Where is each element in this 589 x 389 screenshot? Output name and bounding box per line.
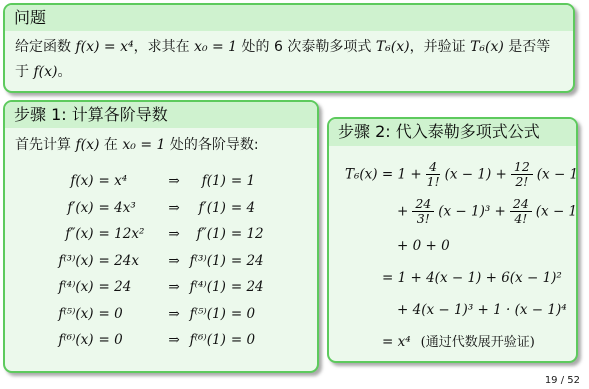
problem-block-title: 问题: [5, 5, 573, 31]
implies-arrow: ⇒: [144, 221, 189, 248]
fraction: 243!: [412, 197, 434, 227]
deriv-value-rhs: = 12: [226, 221, 264, 248]
step1-block-title: 步骤 1: 计算各阶导数: [5, 102, 317, 128]
taylor-line-3: + 0 + 0: [397, 234, 568, 259]
verification-note: (通过代数展开验证): [421, 335, 535, 350]
math-inline: f(x) = x⁴: [75, 39, 133, 55]
math-text: (x − 1) +: [445, 166, 507, 182]
problem-text: 处的: [237, 39, 274, 55]
problem-text: 。: [57, 64, 71, 80]
deriv-expr-rhs: = 24: [94, 274, 145, 301]
deriv-value-lhs: f(1): [190, 168, 226, 195]
deriv-value-rhs: = 1: [226, 168, 264, 195]
taylor-line-2: +243!(x − 1)³ +244!(x − 1)⁴: [397, 197, 568, 227]
fraction: 244!: [510, 197, 532, 227]
problem-text: 次泰勒多项式: [283, 39, 376, 55]
problem-statement: 给定函数 f(x) = x⁴，求其在 x₀ = 1 处的 6 次泰勒多项式 T₆…: [5, 31, 573, 89]
math-inline: T₆(x): [376, 39, 410, 55]
math-inline: T₆(x): [470, 39, 504, 55]
problem-text: ，求其在: [134, 39, 194, 55]
deriv-expr-rhs: = 4x³: [94, 195, 145, 222]
math-text: (x − 1)³ +: [438, 203, 506, 219]
math-inline: x₀ = 1: [122, 137, 165, 153]
step1-block: 步骤 1: 计算各阶导数 首先计算 f(x) 在 x₀ = 1 处的各阶导数: …: [3, 100, 319, 373]
implies-arrow: ⇒: [144, 248, 189, 275]
deriv-expr-rhs: = 24x: [94, 248, 145, 275]
deriv-value-rhs: = 24: [226, 274, 264, 301]
deriv-value-lhs: f′(1): [190, 195, 226, 222]
fraction: 122!: [511, 160, 533, 190]
deriv-value-rhs: = 0: [226, 327, 264, 354]
step1-body: 首先计算 f(x) 在 x₀ = 1 处的各阶导数: f(x)= x⁴⇒f(1)…: [5, 128, 317, 354]
deriv-expr-rhs: = 0: [94, 327, 145, 354]
deriv-expr-lhs: f⁽³⁾(x): [58, 248, 93, 275]
fraction-numerator: 12: [511, 160, 533, 175]
math-inline: f(x): [33, 64, 57, 80]
taylor-line-1: T₆(x) = 1 +41!(x − 1) +122!(x − 1)²: [345, 160, 568, 190]
math-text: = x⁴: [382, 334, 411, 350]
deriv-value-lhs: f⁽³⁾(1): [190, 248, 226, 275]
deriv-expr-lhs: f(x): [58, 168, 93, 195]
fraction-numerator: 24: [412, 197, 434, 212]
deriv-expr-rhs: = 0: [94, 301, 145, 328]
fraction-denominator: 1!: [426, 175, 441, 189]
math-text: (x − 1)²: [537, 166, 578, 182]
deriv-value-rhs: = 0: [226, 301, 264, 328]
problem-text: 6: [274, 39, 283, 55]
step2-body: T₆(x) = 1 +41!(x − 1) +122!(x − 1)² +243…: [329, 146, 576, 355]
deriv-expr-lhs: f⁽⁶⁾(x): [58, 327, 93, 354]
deriv-expr-rhs: = x⁴: [94, 168, 145, 195]
problem-text: ，并验证: [410, 39, 470, 55]
deriv-expr-rhs: = 12x²: [94, 221, 145, 248]
math-text: +: [397, 203, 408, 219]
deriv-value-lhs: f⁽⁶⁾(1): [190, 327, 226, 354]
deriv-expr-lhs: f″(x): [58, 221, 93, 248]
taylor-line-5: + 4(x − 1)³ + 1 · (x − 1)⁴: [397, 298, 568, 323]
step2-block-title: 步骤 2: 代入泰勒多项式公式: [329, 119, 576, 146]
deriv-value-lhs: f⁽⁴⁾(1): [190, 274, 226, 301]
problem-text: 给定函数: [15, 39, 75, 55]
fraction: 41!: [426, 160, 441, 190]
page-number: 19 / 52: [545, 375, 580, 386]
math-text: (x − 1)⁴: [536, 203, 578, 219]
fraction-numerator: 24: [510, 197, 532, 212]
implies-arrow: ⇒: [144, 274, 189, 301]
implies-arrow: ⇒: [144, 168, 189, 195]
taylor-line-4: = 1 + 4(x − 1) + 6(x − 1)²: [382, 266, 568, 291]
fraction-numerator: 4: [426, 160, 440, 175]
fraction-denominator: 4!: [513, 212, 528, 226]
deriv-value-rhs: = 4: [226, 195, 264, 222]
intro-text: 处的各阶导数:: [165, 137, 258, 153]
deriv-expr-lhs: f⁽⁴⁾(x): [58, 274, 93, 301]
fraction-denominator: 2!: [514, 175, 529, 189]
fraction-denominator: 3!: [416, 212, 431, 226]
deriv-value-rhs: = 24: [226, 248, 264, 275]
math-inline: f(x): [75, 137, 99, 153]
problem-block: 问题 给定函数 f(x) = x⁴，求其在 x₀ = 1 处的 6 次泰勒多项式…: [3, 3, 575, 93]
deriv-expr-lhs: f⁽⁵⁾(x): [58, 301, 93, 328]
implies-arrow: ⇒: [144, 301, 189, 328]
intro-text: 在: [99, 137, 122, 153]
implies-arrow: ⇒: [144, 195, 189, 222]
intro-text: 首先计算: [15, 137, 75, 153]
step1-intro: 首先计算 f(x) 在 x₀ = 1 处的各阶导数:: [15, 133, 307, 158]
implies-arrow: ⇒: [144, 327, 189, 354]
taylor-line-6: = x⁴(通过代数展开验证): [382, 330, 568, 355]
math-text: T₆(x) = 1 +: [345, 166, 422, 182]
deriv-value-lhs: f″(1): [190, 221, 226, 248]
math-inline: x₀ = 1: [194, 39, 237, 55]
derivatives-table: f(x)= x⁴⇒f(1)= 1 f′(x)= 4x³⇒f′(1)= 4 f″(…: [58, 168, 263, 354]
deriv-value-lhs: f⁽⁵⁾(1): [190, 301, 226, 328]
deriv-expr-lhs: f′(x): [58, 195, 93, 222]
step2-block: 步骤 2: 代入泰勒多项式公式 T₆(x) = 1 +41!(x − 1) +1…: [327, 117, 578, 363]
